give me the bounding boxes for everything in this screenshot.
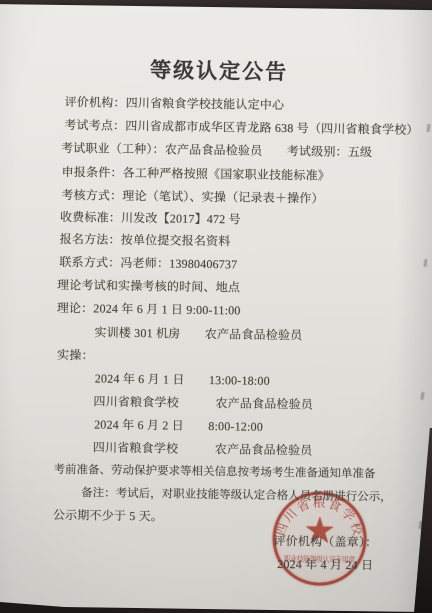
line-practice1-venue: 四川省粮食学校 农产品食品检验员 xyxy=(93,392,313,412)
line-practice1-time: 2024 年 6 月 1 日 13:00-18:00 xyxy=(95,369,270,388)
line-schedule-heading: 理论考试和实操考核的时间、地点 xyxy=(57,276,240,296)
page-title: 等级认定公告 xyxy=(0,52,432,88)
line-theory-time: 理论：2024 年 6 月 1 日 9:00-11:00 xyxy=(57,299,241,319)
line-contact-phone: 联系方式：冯老师：13980406737 xyxy=(59,253,237,272)
line-theory-venue: 实训楼 301 机房 农产品食品检验员 xyxy=(94,323,302,343)
line-remark-1: 备注：考试后，对职业技能等级认定合格人员名册进行公示， xyxy=(81,484,392,504)
line-exam-site: 考试考点：四川省成都市成华区青龙路 638 号（四川省粮食学校） xyxy=(64,116,419,138)
line-practice2-venue: 四川省粮食学校 农产品食品检验员 xyxy=(93,438,313,458)
line-practice2-time: 2024 年 6 月 2 日 8:00-12:00 xyxy=(94,415,263,434)
line-practice-label: 实操： xyxy=(57,346,94,364)
line-occupation-level: 考试职业（工种）：农产品食品检验员 考试级别：五级 xyxy=(61,139,372,160)
line-apply-conditions: 申报条件：各工种严格按照《国家职业技能标准》 xyxy=(62,163,331,184)
line-registration: 报名方法：按单位提交报名资料 xyxy=(60,230,231,249)
line-fee-standard: 收费标准：川发改【2017】472 号 xyxy=(60,208,241,228)
line-remark-2: 公示期不少于 5 天。 xyxy=(53,506,163,525)
line-issue-date: 2024 年 4 月 24 日 xyxy=(277,555,373,573)
document-page: 等级认定公告 四川省粮食学校 ★ 职业技能等级认定专用章 评价机构：四川省粮食学… xyxy=(0,4,432,612)
line-prep-note: 考前准备、劳动保护要求等相关信息按考场考生准备通知单准备 xyxy=(53,461,375,481)
line-assess-method: 考核方式：理论（笔试）、实操（记录表＋操作） xyxy=(61,186,324,207)
line-evaluating-org: 评价机构：四川省粮食学校技能认定中心 xyxy=(65,93,285,113)
line-seal-caption: 评价机构（盖章）： xyxy=(273,532,377,550)
photo-background: 等级认定公告 四川省粮食学校 ★ 职业技能等级认定专用章 评价机构：四川省粮食学… xyxy=(0,0,432,613)
